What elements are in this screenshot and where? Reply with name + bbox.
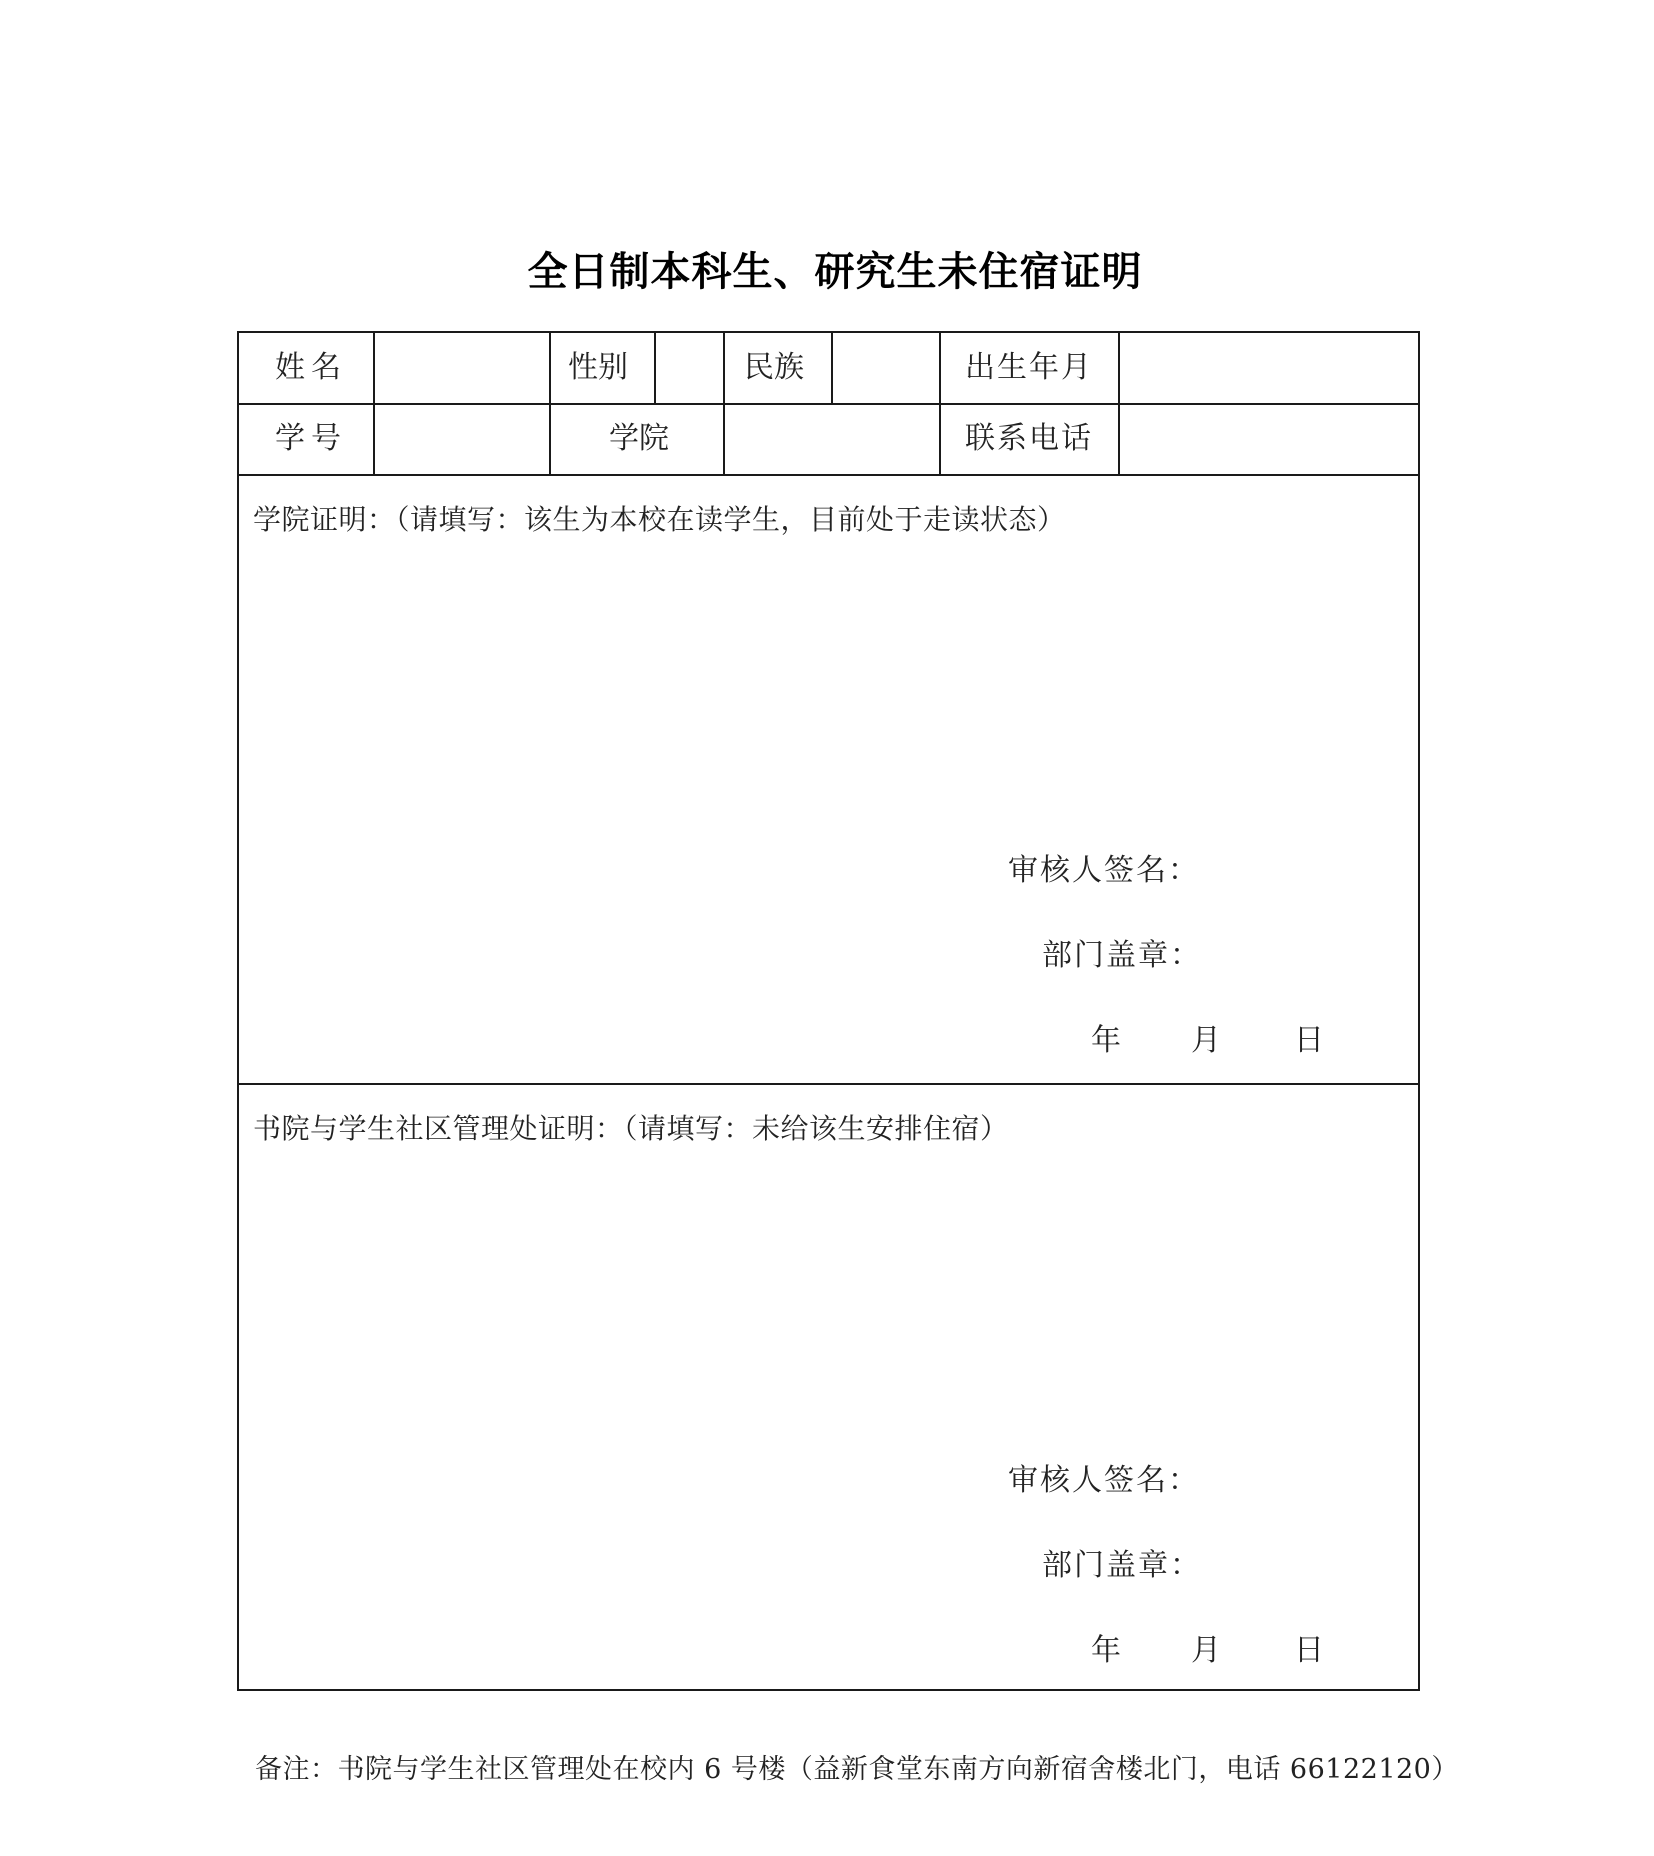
college-certification-label: 学院证明：（请填写：该生为本校在读学生，目前处于走读状态） (253, 505, 1066, 535)
certificate-form: 姓名 性别 民族 出生年月 学号 学院 联系电话 学院证明：（请填写：该生为本校… (237, 331, 1420, 1691)
section-divider (239, 1083, 1418, 1085)
gender-field[interactable] (656, 333, 723, 403)
college-certification-content[interactable] (253, 543, 1403, 843)
residence-reviewer-signature-label: 审核人签名： (1008, 1466, 1200, 1496)
birth-date-label: 出生年月 (965, 353, 1093, 383)
document-title: 全日制本科生、研究生未住宿证明 (0, 240, 1654, 297)
college-date-month: 月 (1191, 1026, 1221, 1056)
footnote: 备注：书院与学生社区管理处在校内 6 号楼（益新食堂东南方向新宿舍楼北门，电话 … (255, 1754, 1459, 1786)
row-divider-2 (239, 474, 1418, 476)
college-reviewer-signature-label: 审核人签名： (1008, 856, 1200, 886)
residence-department-stamp-label: 部门盖章： (1042, 1551, 1202, 1581)
ethnicity-field[interactable] (833, 333, 939, 403)
residence-date-day: 日 (1294, 1636, 1324, 1666)
college-field[interactable] (725, 405, 939, 474)
col-divider (939, 333, 941, 474)
college-label: 学院 (609, 424, 669, 454)
gender-label: 性别 (568, 353, 628, 383)
residence-office-certification-content[interactable] (253, 1153, 1403, 1453)
col-divider (549, 333, 551, 474)
ethnicity-label: 民族 (744, 353, 804, 383)
residence-office-certification-label: 书院与学生社区管理处证明：（请填写：未给该生安排住宿） (253, 1114, 1009, 1144)
college-date-year: 年 (1091, 1026, 1121, 1056)
birth-date-field[interactable] (1120, 333, 1418, 403)
student-id-field[interactable] (375, 405, 549, 474)
student-id-label: 学号 (275, 424, 347, 454)
name-field[interactable] (375, 333, 549, 403)
college-date-day: 日 (1294, 1026, 1324, 1056)
phone-field[interactable] (1120, 405, 1418, 474)
college-department-stamp-label: 部门盖章： (1042, 941, 1202, 971)
residence-date-month: 月 (1191, 1636, 1221, 1666)
phone-label: 联系电话 (965, 424, 1093, 454)
name-label: 姓名 (275, 353, 347, 383)
residence-date-year: 年 (1091, 1636, 1121, 1666)
